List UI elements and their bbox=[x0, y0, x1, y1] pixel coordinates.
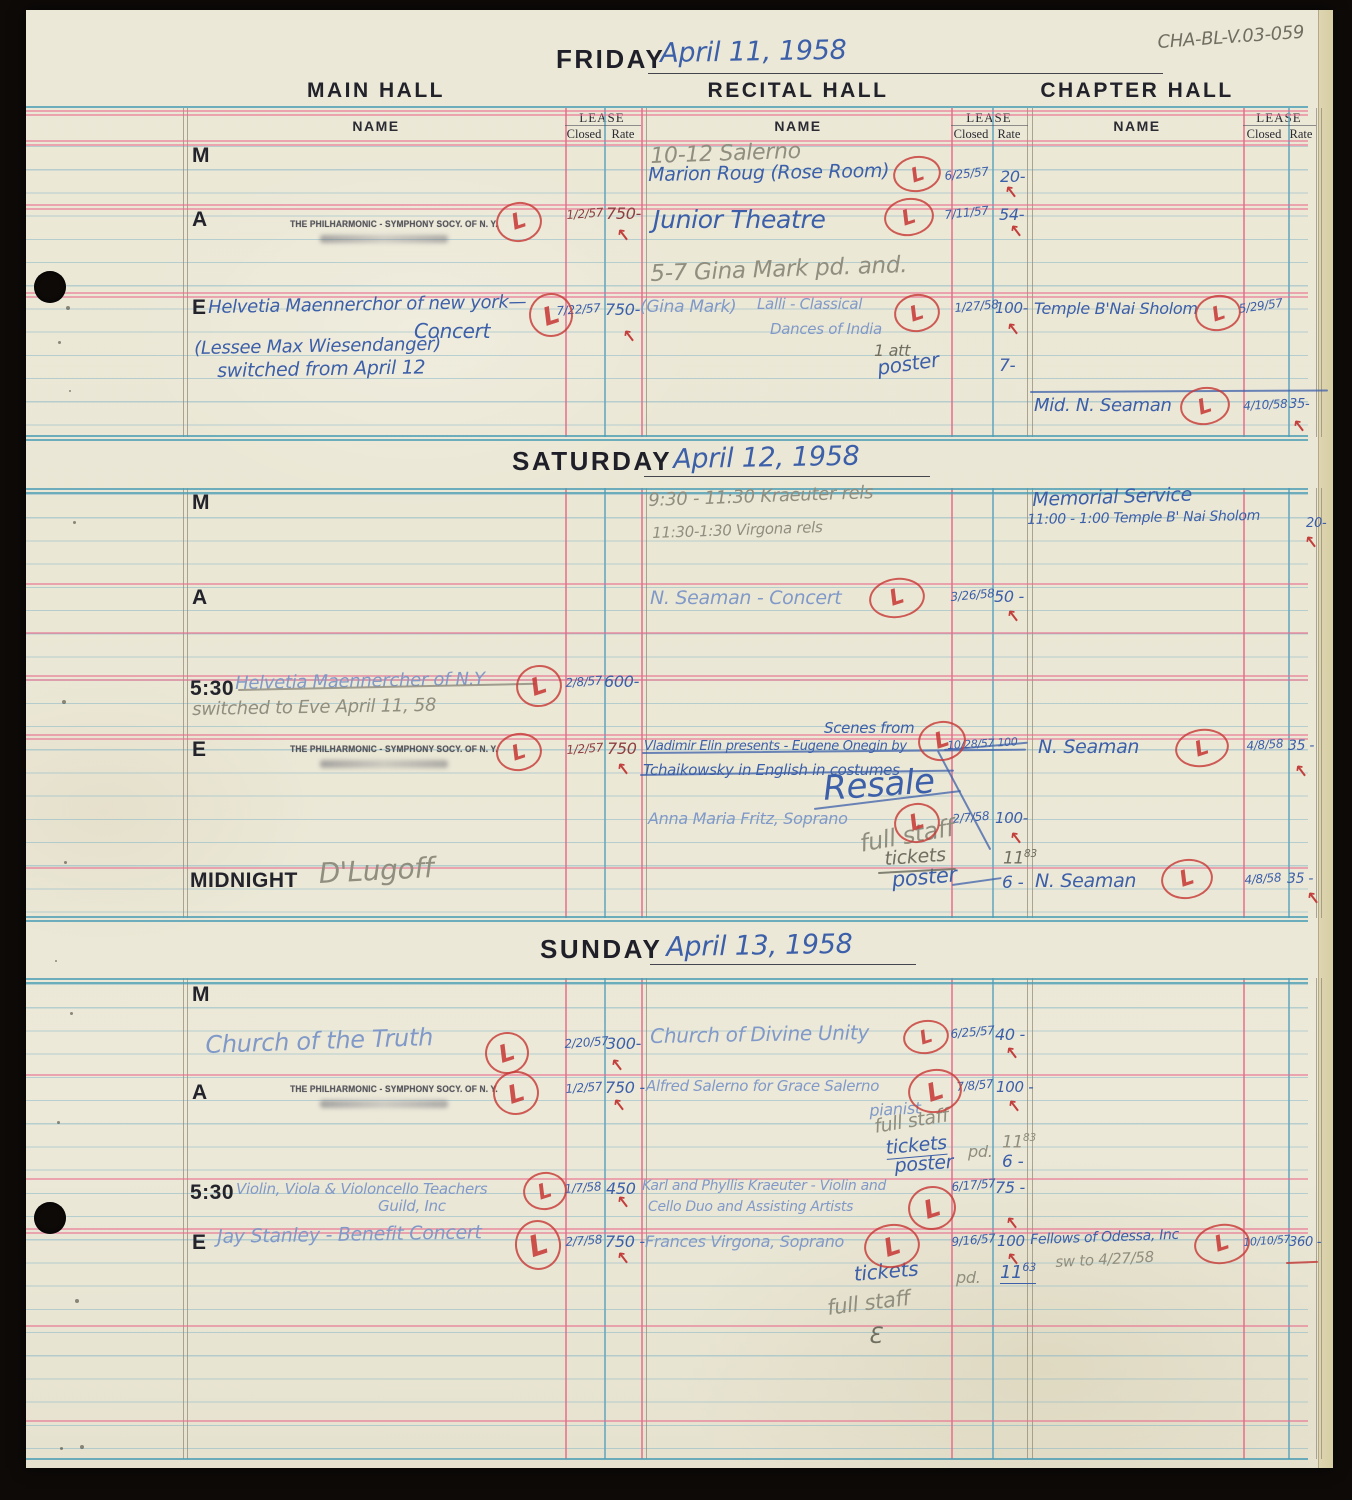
day-label-friday: FRIDAY bbox=[556, 44, 665, 75]
name-header-recital: NAME bbox=[774, 118, 821, 134]
philharmonic-stamp: THE PHILHARMONIC - SYMPHONY SOCY. OF N. … bbox=[290, 1084, 498, 1095]
column-line bbox=[992, 108, 994, 437]
handwritten-note: 2/7/58 bbox=[565, 1233, 603, 1248]
handwritten-note: 35- bbox=[1289, 398, 1309, 411]
section-rule bbox=[26, 439, 1308, 441]
handwritten-note: Frances Virgona, Soprano bbox=[645, 1234, 844, 1250]
handwritten-note: (Gina Mark) bbox=[640, 299, 736, 316]
pink-rule bbox=[26, 632, 1308, 634]
pink-rule bbox=[26, 110, 1308, 112]
handwritten-note: 4/8/58 bbox=[1246, 737, 1284, 752]
column-line bbox=[1316, 108, 1317, 437]
handwritten-note: 1/7/58 bbox=[564, 1180, 602, 1195]
lease-mark-letter: L bbox=[907, 301, 926, 325]
lease-mark-letter: L bbox=[881, 1232, 904, 1261]
handwritten-note: Mid. N. Seaman bbox=[1034, 397, 1172, 415]
paper-speck bbox=[80, 1445, 84, 1449]
lease-divider bbox=[565, 125, 641, 126]
lease-mark-letter: L bbox=[1177, 866, 1197, 891]
paper-speck bbox=[75, 1299, 79, 1303]
time-slot-label: E bbox=[192, 1231, 207, 1255]
scan-background: MAIN HALL RECITAL HALL CHAPTER HALL NAME… bbox=[0, 0, 1352, 1500]
pink-rule bbox=[26, 583, 1308, 585]
lease-mark-letter: L bbox=[525, 1228, 552, 1261]
lease-header-recital: LEASE bbox=[966, 110, 1011, 126]
column-line bbox=[646, 488, 647, 918]
handwritten-note: switched to Eve April 11, 58 bbox=[192, 697, 436, 719]
handwritten-note: Temple B'Nai Sholom bbox=[1034, 301, 1198, 317]
time-slot-label: M bbox=[192, 144, 210, 168]
lease-mark-letter: L bbox=[509, 209, 529, 234]
lease-mark-letter: L bbox=[540, 301, 563, 330]
handwritten-note: switched from April 12 bbox=[217, 358, 425, 381]
paper-speck bbox=[58, 341, 61, 344]
pink-rule bbox=[26, 114, 1308, 116]
date-underline bbox=[650, 964, 916, 965]
lease-mark-letter: L bbox=[1209, 302, 1227, 325]
handwritten-note: pd. bbox=[968, 1144, 993, 1160]
handwritten-note: 750- bbox=[606, 206, 641, 222]
column-line bbox=[646, 978, 647, 1459]
check-arrow: ↖ bbox=[615, 759, 632, 781]
paper-speck bbox=[64, 861, 67, 864]
column-line bbox=[951, 108, 953, 437]
paper-speck bbox=[60, 1447, 63, 1450]
column-title-recital-hall: RECITAL HALL bbox=[708, 79, 889, 103]
time-slot-label: A bbox=[192, 208, 208, 232]
handwritten-note: 3/26/58 bbox=[950, 587, 995, 603]
handwritten-note: 40 - bbox=[995, 1027, 1025, 1043]
handwritten-note: N. Seaman - Concert bbox=[650, 589, 841, 608]
column-line bbox=[1243, 488, 1245, 918]
handwritten-note: 750 - bbox=[605, 1080, 645, 1096]
handwritten-note: Ɛ bbox=[868, 1326, 881, 1348]
handwritten-note: Marion Roug (Rose Room) bbox=[648, 162, 889, 185]
handwritten-note: 7- bbox=[999, 358, 1015, 375]
column-line bbox=[565, 108, 567, 437]
time-slot-label: A bbox=[192, 586, 208, 610]
handwritten-note: 50 - bbox=[994, 589, 1024, 605]
lease-mark-letter: L bbox=[509, 740, 528, 764]
date-underline bbox=[644, 476, 930, 477]
lease-divider bbox=[1243, 125, 1316, 126]
handwritten-note: Alfred Salerno for Grace Salerno bbox=[646, 1079, 879, 1094]
check-arrow: ↖ bbox=[621, 326, 638, 348]
handwritten-note: 75 - bbox=[995, 1180, 1025, 1196]
column-line bbox=[1032, 978, 1033, 1459]
time-slot-label: E bbox=[192, 738, 207, 762]
stamp-smudge bbox=[320, 1100, 448, 1108]
column-line bbox=[1027, 108, 1028, 437]
column-line bbox=[187, 978, 188, 1459]
handwritten-note: 6 - bbox=[1002, 875, 1023, 892]
column-line bbox=[1027, 978, 1028, 1459]
punch-hole bbox=[34, 271, 66, 303]
lease-mark-letter: L bbox=[1212, 1231, 1232, 1256]
time-slot-label: A bbox=[192, 1081, 208, 1105]
lease-mark-letter: L bbox=[528, 672, 550, 700]
pink-rule bbox=[26, 1325, 1308, 1327]
handwritten-note: Junior Theatre bbox=[653, 207, 826, 232]
stamp-smudge bbox=[320, 760, 448, 768]
lease-mark-letter: L bbox=[535, 1179, 554, 1203]
day-label-sunday: SUNDAY bbox=[540, 934, 662, 965]
day-label-saturday: SATURDAY bbox=[512, 446, 672, 477]
lease-mark-letter: L bbox=[921, 1194, 944, 1223]
handwritten-note: D'Lugoff bbox=[318, 854, 434, 888]
handwritten-note: Anna Maria Fritz, Soprano bbox=[648, 811, 848, 827]
handwritten-note: 4/8/58 bbox=[1244, 871, 1282, 886]
stamp-smudge bbox=[320, 235, 448, 243]
handwritten-note: Violin, Viola & Violoncello Teachers bbox=[236, 1182, 487, 1197]
handwritten-note: 2/8/57 bbox=[565, 674, 603, 689]
column-line bbox=[1288, 108, 1290, 437]
check-arrow: ↖ bbox=[1004, 1213, 1021, 1235]
column-line bbox=[1321, 978, 1322, 1459]
check-arrow: ↖ bbox=[1008, 828, 1025, 850]
philharmonic-stamp: THE PHILHARMONIC - SYMPHONY SOCY. OF N. … bbox=[290, 744, 498, 755]
handwritten-note: N. Seaman bbox=[1035, 872, 1136, 891]
handwritten-note: 600- bbox=[604, 674, 639, 690]
date-sunday: April 13, 1958 bbox=[666, 931, 853, 961]
handwritten-note: Lalli - Classical bbox=[757, 297, 862, 312]
handwritten-note: N. Seaman bbox=[1038, 738, 1139, 757]
column-line bbox=[1288, 488, 1290, 918]
pink-rule bbox=[26, 1074, 1308, 1076]
time-slot-label: M bbox=[192, 983, 210, 1007]
check-arrow: ↖ bbox=[1303, 532, 1320, 554]
column-line bbox=[1288, 978, 1290, 1459]
column-line bbox=[641, 978, 643, 1459]
handwritten-note: 6/25/57 bbox=[950, 1024, 995, 1040]
time-slot-label: E bbox=[192, 296, 207, 320]
column-line bbox=[187, 488, 188, 918]
date-saturday: April 12, 1958 bbox=[673, 443, 860, 473]
handwritten-note: (Lessee Max Wiesendanger) bbox=[194, 336, 441, 358]
handwritten-note: 1183 bbox=[1002, 1133, 1036, 1152]
check-arrow: ↖ bbox=[1291, 416, 1308, 438]
lease-mark-letter: L bbox=[1192, 736, 1211, 760]
check-arrow: ↖ bbox=[1293, 761, 1310, 783]
name-header-chapter: NAME bbox=[1113, 118, 1160, 134]
handwritten-note: 750 - bbox=[605, 1234, 645, 1250]
column-line bbox=[1032, 108, 1033, 437]
handwritten-note: Church of Divine Unity bbox=[650, 1022, 869, 1046]
check-arrow: ↖ bbox=[615, 225, 632, 247]
lease-mark-letter: L bbox=[887, 585, 907, 610]
handwritten-note: 100 - bbox=[996, 1080, 1033, 1095]
column-title-chapter-hall: CHAPTER HALL bbox=[1040, 79, 1233, 103]
handwritten-note: 360 - bbox=[1289, 1236, 1321, 1249]
column-line bbox=[187, 108, 188, 437]
column-line bbox=[641, 108, 643, 437]
section-rule bbox=[26, 982, 1308, 984]
paper-speck bbox=[55, 960, 57, 962]
handwritten-note: 11:00 - 1:00 Temple B' Nai Sholom bbox=[1027, 509, 1260, 527]
handwritten-note: 2/20/57 bbox=[564, 1035, 609, 1050]
column-line bbox=[565, 488, 567, 918]
column-line bbox=[1316, 978, 1317, 1459]
handwritten-note: 1/2/57 bbox=[566, 206, 604, 221]
pink-rule bbox=[26, 1420, 1308, 1422]
column-line bbox=[183, 978, 184, 1459]
lease-mark-letter: L bbox=[908, 163, 926, 186]
time-slot-label: M bbox=[192, 491, 210, 515]
section-rule bbox=[26, 106, 1308, 108]
handwritten-note: 300- bbox=[606, 1036, 641, 1052]
handwritten-note: 6 - bbox=[1002, 1154, 1023, 1171]
section-rule bbox=[26, 978, 1308, 980]
handwritten-note: Karl and Phyllis Kraeuter - Violin and bbox=[642, 1179, 886, 1193]
handwritten-note: 100- bbox=[995, 811, 1028, 826]
lease-header-main: LEASE bbox=[579, 110, 624, 126]
handwritten-note: 20- bbox=[1306, 517, 1326, 530]
paper-speck bbox=[66, 306, 70, 310]
column-line bbox=[1321, 108, 1322, 437]
handwritten-note: Cello Duo and Assisting Artists bbox=[648, 1200, 853, 1214]
paper-speck bbox=[62, 700, 66, 704]
handwritten-note: Jay Stanley - Benefit Concert bbox=[217, 1223, 482, 1247]
column-line bbox=[604, 108, 606, 437]
check-arrow: ↖ bbox=[1004, 1043, 1021, 1065]
paper-speck bbox=[70, 1012, 73, 1015]
check-arrow: ↖ bbox=[611, 1095, 628, 1117]
lease-mark-letter: L bbox=[932, 728, 952, 753]
column-line bbox=[1243, 978, 1245, 1459]
check-arrow: ↖ bbox=[1005, 1249, 1022, 1271]
lease-mark-letter: L bbox=[1195, 394, 1214, 418]
section-rule bbox=[26, 435, 1308, 437]
column-line bbox=[951, 488, 953, 918]
handwritten-note: 1/2/57 bbox=[565, 1080, 603, 1095]
check-arrow: ↖ bbox=[1003, 182, 1020, 204]
handwritten-note: 6/17/57 bbox=[951, 1177, 996, 1193]
check-arrow: ↖ bbox=[1006, 1096, 1023, 1118]
lease-mark-letter: L bbox=[505, 1079, 528, 1108]
handwritten-note: 750- bbox=[605, 302, 640, 318]
column-line bbox=[641, 488, 643, 918]
section-rule bbox=[26, 920, 1308, 922]
handwritten-note: poster bbox=[894, 1153, 954, 1176]
check-arrow: ↖ bbox=[1005, 606, 1022, 628]
column-line bbox=[1321, 488, 1322, 918]
paper-speck bbox=[69, 390, 71, 392]
section-rule bbox=[26, 1458, 1308, 1460]
date-underline bbox=[648, 73, 1163, 74]
handwritten-note: 1183 bbox=[1003, 849, 1037, 868]
handwritten-note: Scenes from bbox=[824, 721, 914, 736]
column-line bbox=[183, 108, 184, 437]
time-slot-label: 5:30 bbox=[190, 1181, 234, 1205]
check-arrow: ↖ bbox=[615, 1248, 632, 1270]
section-rule bbox=[26, 916, 1308, 918]
column-title-main-hall: MAIN HALL bbox=[307, 79, 445, 103]
column-line bbox=[1243, 108, 1245, 437]
column-line bbox=[646, 108, 647, 437]
handwritten-note: Church of the Truth bbox=[205, 1025, 433, 1057]
column-line bbox=[604, 488, 606, 918]
handwritten-note: 750 bbox=[607, 741, 637, 757]
check-arrow: ↖ bbox=[615, 1192, 632, 1214]
handwritten-note: Guild, Inc bbox=[378, 1199, 446, 1214]
handwritten-note: 9/16/57 bbox=[951, 1232, 996, 1248]
philharmonic-stamp: THE PHILHARMONIC - SYMPHONY SOCY. OF N. … bbox=[290, 219, 498, 230]
time-slot-label: MIDNIGHT bbox=[190, 869, 298, 893]
handwritten-note: 100- bbox=[995, 301, 1028, 316]
date-friday: April 11, 1958 bbox=[660, 37, 847, 67]
handwritten-note: 1/2/57 bbox=[566, 741, 604, 756]
lease-mark-letter: L bbox=[917, 1026, 934, 1048]
pink-rule bbox=[26, 140, 1308, 142]
paper-speck bbox=[73, 521, 76, 524]
lease-mark-letter: L bbox=[907, 810, 927, 835]
column-line bbox=[992, 978, 994, 1459]
punch-hole bbox=[34, 1202, 66, 1234]
check-arrow: ↖ bbox=[1305, 888, 1322, 910]
handwritten-note: pd. bbox=[956, 1270, 981, 1286]
handwritten-note: 100 bbox=[997, 1234, 1025, 1249]
handwritten-note: 10/10/57 bbox=[1243, 1234, 1291, 1248]
column-line bbox=[992, 488, 994, 918]
handwritten-note: 4/10/58 bbox=[1243, 398, 1288, 412]
lease-divider bbox=[951, 125, 1028, 126]
lease-mark-letter: L bbox=[924, 1077, 947, 1106]
column-line bbox=[183, 488, 184, 918]
check-arrow: ↖ bbox=[609, 1055, 626, 1077]
pink-rule bbox=[26, 292, 1308, 294]
lease-header-chapter: LEASE bbox=[1256, 110, 1301, 126]
handwritten-note: 1/27/58 bbox=[954, 298, 999, 314]
name-header-main: NAME bbox=[352, 118, 399, 134]
handwritten-note: Dances of India bbox=[770, 322, 882, 337]
handwritten-note: 35 - bbox=[1287, 872, 1313, 886]
check-arrow: ↖ bbox=[1008, 221, 1025, 243]
check-arrow: ↖ bbox=[1005, 319, 1022, 341]
lease-mark-letter: L bbox=[899, 205, 918, 229]
lease-mark-letter: L bbox=[496, 1039, 518, 1067]
handwritten-note: 35 - bbox=[1288, 739, 1314, 753]
paper-speck bbox=[57, 1121, 60, 1124]
